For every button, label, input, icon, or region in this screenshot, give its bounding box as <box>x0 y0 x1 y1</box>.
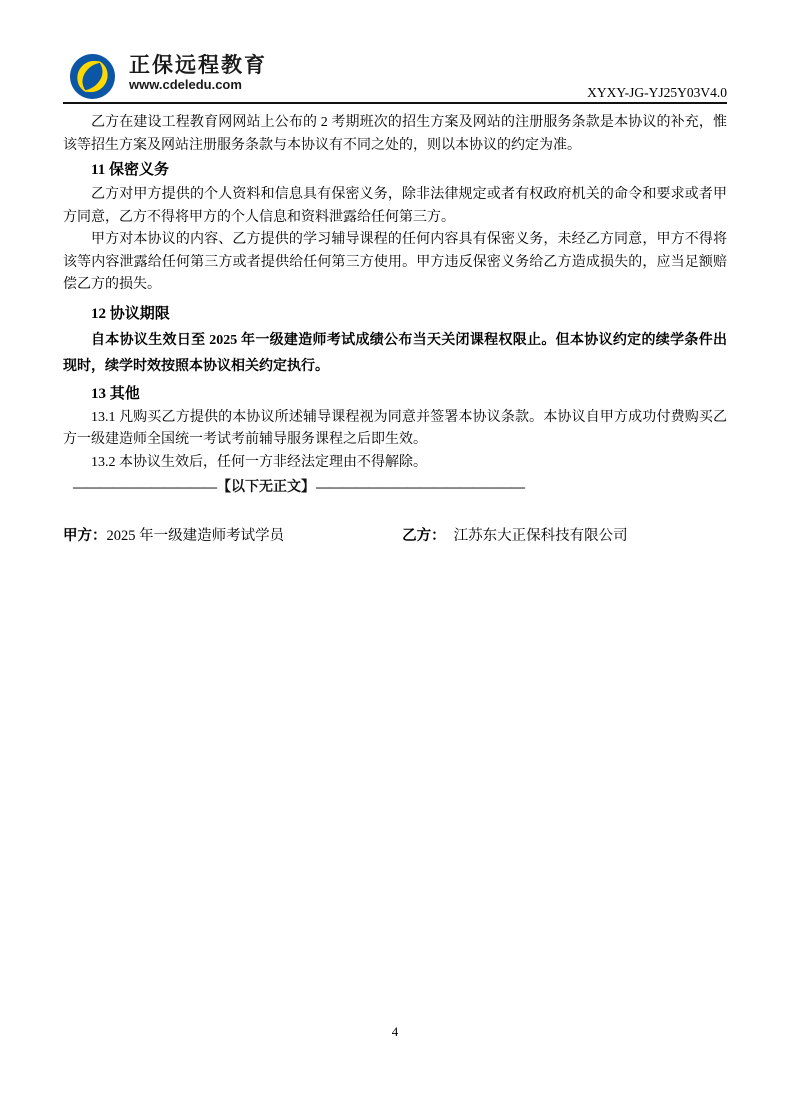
document-page: 正保远程教育 www.cdeledu.com XYXY-JG-YJ25Y03V4… <box>0 0 790 1119</box>
logo-title: 正保远程教育 <box>129 54 267 77</box>
divider-dashes-right: ———————————————— <box>316 480 524 495</box>
logo-swirl-icon <box>70 54 115 99</box>
parties-row: 甲方：2025 年一级建造师考试学员 乙方：江苏东大正保科技有限公司 <box>63 525 727 547</box>
section-12-paragraph: 自本协议生效日至 2025 年一级建造师考试成绩公布当天关闭课程权限止。但本协议… <box>63 328 727 380</box>
company-logo: 正保远程教育 www.cdeledu.com <box>70 54 267 99</box>
logo-url: www.cdeledu.com <box>129 77 267 92</box>
no-more-text-divider: ———————————【以下无正文】———————————————— <box>63 478 727 498</box>
section-13-heading: 13 其他 <box>63 384 727 405</box>
party-a-name: 2025 年一级建造师考试学员 <box>107 528 285 544</box>
party-b: 乙方：江苏东大正保科技有限公司 <box>402 525 628 547</box>
section-11-paragraph-1: 乙方对甲方提供的个人资料和信息具有保密义务，除非法律规定或者有权政府机关的命令和… <box>63 184 727 229</box>
page-header: 正保远程教育 www.cdeledu.com XYXY-JG-YJ25Y03V4… <box>63 0 727 104</box>
section-11-paragraph-2: 甲方对本协议的内容、乙方提供的学习辅导课程的任何内容具有保密义务，未经乙方同意，… <box>63 229 727 297</box>
logo-text-block: 正保远程教育 www.cdeledu.com <box>129 54 267 92</box>
page-number: 4 <box>0 1024 790 1040</box>
party-a: 甲方：2025 年一级建造师考试学员 <box>63 525 284 547</box>
document-version-code: XYXY-JG-YJ25Y03V4.0 <box>587 85 727 101</box>
section-12-heading: 12 协议期限 <box>63 304 727 325</box>
section-11-heading: 11 保密义务 <box>63 160 727 181</box>
party-b-name: 江苏东大正保科技有限公司 <box>454 528 628 544</box>
party-a-label: 甲方： <box>63 528 107 544</box>
party-b-label: 乙方： <box>402 528 446 544</box>
no-more-text-label: 【以下无正文】 <box>216 480 316 495</box>
divider-dashes-left: ——————————— <box>73 480 216 495</box>
intro-paragraph: 乙方在建设工程教育网网站上公布的 2 考期班次的招生方案及网站的注册服务条款是本… <box>63 112 727 157</box>
section-13-paragraph-1: 13.1 凡购买乙方提供的本协议所述辅导课程视为同意并签署本协议条款。本协议自甲… <box>63 407 727 452</box>
section-13-paragraph-2: 13.2 本协议生效后，任何一方非经法定理由不得解除。 <box>63 452 727 475</box>
